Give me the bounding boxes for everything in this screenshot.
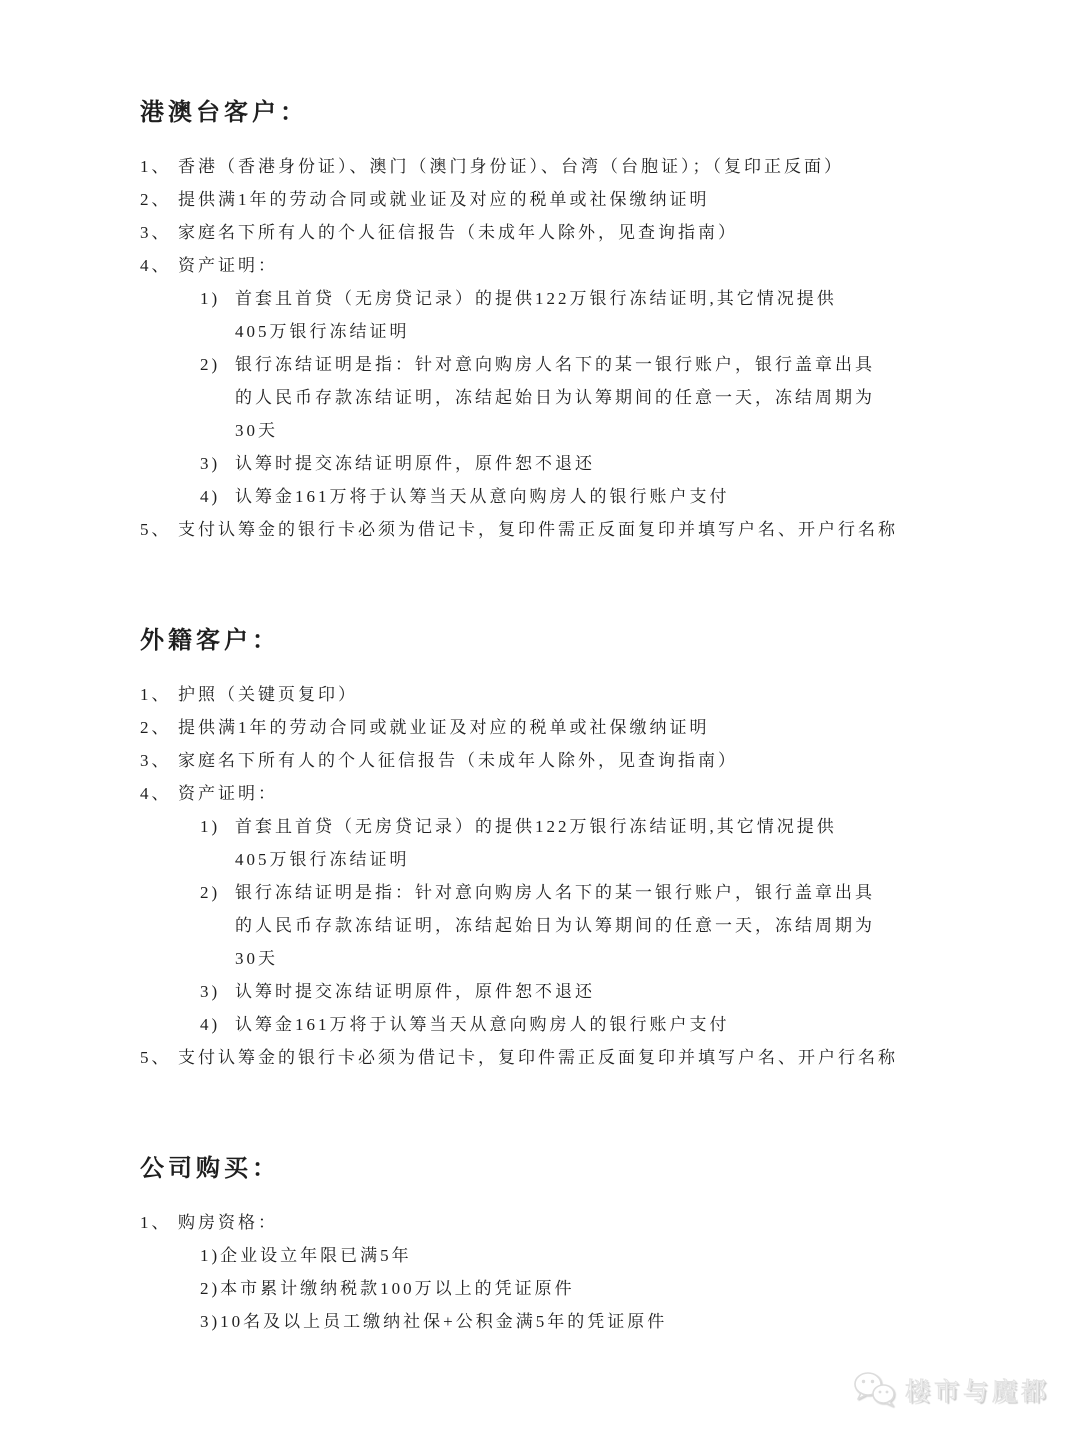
sub-list-item: 2) 银行冻结证明是指：针对意向购房人名下的某一银行账户，银行盖章出具 的人民币… [140, 876, 950, 975]
item-text: 提供满1年的劳动合同或就业证及对应的税单或社保缴纳证明 [178, 711, 950, 744]
subitem-text: 认筹金161万将于认筹当天从意向购房人的银行账户支付 [235, 1008, 920, 1041]
item-text: 家庭名下所有人的个人征信报告（未成年人除外，见查询指南） [178, 216, 950, 249]
subitem-marker: 2) [200, 876, 235, 975]
section-heading: 外籍客户： [140, 626, 950, 656]
section-heading: 公司购买： [140, 1154, 950, 1184]
document-content: 港澳台客户： 1、 香港（香港身份证）、澳门（澳门身份证）、台湾（台胞证）；（复… [140, 98, 950, 1338]
subitem-text: 本市累计缴纳税款100万以上的凭证原件 [220, 1272, 920, 1305]
subitem-marker: 3) [200, 447, 235, 480]
subitem-marker: 1) [200, 1239, 220, 1272]
subitem-marker: 3) [200, 1305, 220, 1338]
list-item: 3、 家庭名下所有人的个人征信报告（未成年人除外，见查询指南） [140, 744, 950, 777]
list-item: 4、 资产证明： [140, 777, 950, 810]
watermark-text: 楼市与魔都 [905, 1372, 1050, 1408]
sub-list-item: 4) 认筹金161万将于认筹当天从意向购房人的银行账户支付 [140, 480, 950, 513]
subitem-text: 首套且首贷（无房贷记录）的提供122万银行冻结证明,其它情况提供 405万银行冻… [235, 282, 920, 348]
item-text: 购房资格： [178, 1206, 950, 1239]
section-foreign-customers: 外籍客户： 1、 护照（关键页复印） 2、 提供满1年的劳动合同或就业证及对应的… [140, 626, 950, 1074]
item-marker: 1、 [140, 1206, 178, 1239]
item-marker: 1、 [140, 150, 178, 183]
subitem-text: 银行冻结证明是指：针对意向购房人名下的某一银行账户，银行盖章出具 的人民币存款冻… [235, 876, 920, 975]
subitem-text: 银行冻结证明是指：针对意向购房人名下的某一银行账户，银行盖章出具 的人民币存款冻… [235, 348, 920, 447]
item-marker: 4、 [140, 777, 178, 810]
sub-list-item: 2) 本市累计缴纳税款100万以上的凭证原件 [140, 1272, 950, 1305]
item-marker: 2、 [140, 183, 178, 216]
list-item: 4、 资产证明： [140, 249, 950, 282]
subitem-text: 企业设立年限已满5年 [220, 1239, 920, 1272]
item-marker: 5、 [140, 1041, 178, 1074]
watermark: 楼市与魔都 [852, 1370, 1050, 1410]
sub-list-item: 4) 认筹金161万将于认筹当天从意向购房人的银行账户支付 [140, 1008, 950, 1041]
subitem-marker: 2) [200, 1272, 220, 1305]
subitem-marker: 1) [200, 282, 235, 348]
subitem-text: 认筹时提交冻结证明原件，原件恕不退还 [235, 447, 920, 480]
item-marker: 2、 [140, 711, 178, 744]
list-item: 1、 护照（关键页复印） [140, 678, 950, 711]
list-item: 3、 家庭名下所有人的个人征信报告（未成年人除外，见查询指南） [140, 216, 950, 249]
subitem-text: 认筹金161万将于认筹当天从意向购房人的银行账户支付 [235, 480, 920, 513]
document-page: 港澳台客户： 1、 香港（香港身份证）、澳门（澳门身份证）、台湾（台胞证）；（复… [0, 0, 1080, 1442]
subitem-text: 10名及以上员工缴纳社保+公积金满5年的凭证原件 [220, 1305, 920, 1338]
item-text: 资产证明： [178, 777, 950, 810]
sub-list-item: 1) 首套且首贷（无房贷记录）的提供122万银行冻结证明,其它情况提供 405万… [140, 810, 950, 876]
sub-list-item: 3) 认筹时提交冻结证明原件，原件恕不退还 [140, 447, 950, 480]
list-item: 5、 支付认筹金的银行卡必须为借记卡，复印件需正反面复印并填写户名、开户行名称 [140, 1041, 950, 1074]
item-marker: 4、 [140, 249, 178, 282]
list-item: 2、 提供满1年的劳动合同或就业证及对应的税单或社保缴纳证明 [140, 183, 950, 216]
sub-list-item: 2) 银行冻结证明是指：针对意向购房人名下的某一银行账户，银行盖章出具 的人民币… [140, 348, 950, 447]
sub-list-item: 1) 企业设立年限已满5年 [140, 1239, 950, 1272]
subitem-text: 首套且首贷（无房贷记录）的提供122万银行冻结证明,其它情况提供 405万银行冻… [235, 810, 920, 876]
item-text: 支付认筹金的银行卡必须为借记卡，复印件需正反面复印并填写户名、开户行名称 [178, 1041, 950, 1074]
sub-list-item: 3) 认筹时提交冻结证明原件，原件恕不退还 [140, 975, 950, 1008]
subitem-marker: 1) [200, 810, 235, 876]
list-item: 1、 购房资格： [140, 1206, 950, 1239]
item-marker: 3、 [140, 744, 178, 777]
subitem-marker: 3) [200, 975, 235, 1008]
list-item: 1、 香港（香港身份证）、澳门（澳门身份证）、台湾（台胞证）；（复印正反面） [140, 150, 950, 183]
item-text: 支付认筹金的银行卡必须为借记卡，复印件需正反面复印并填写户名、开户行名称 [178, 513, 950, 546]
subitem-marker: 4) [200, 480, 235, 513]
list-item: 5、 支付认筹金的银行卡必须为借记卡，复印件需正反面复印并填写户名、开户行名称 [140, 513, 950, 546]
item-text: 提供满1年的劳动合同或就业证及对应的税单或社保缴纳证明 [178, 183, 950, 216]
sub-list-item: 1) 首套且首贷（无房贷记录）的提供122万银行冻结证明,其它情况提供 405万… [140, 282, 950, 348]
wechat-icon [852, 1370, 898, 1410]
section-heading: 港澳台客户： [140, 98, 950, 128]
subitem-marker: 4) [200, 1008, 235, 1041]
item-text: 香港（香港身份证）、澳门（澳门身份证）、台湾（台胞证）；（复印正反面） [178, 150, 950, 183]
item-text: 护照（关键页复印） [178, 678, 950, 711]
item-marker: 1、 [140, 678, 178, 711]
section-company-purchase: 公司购买： 1、 购房资格： 1) 企业设立年限已满5年 2) 本市累计缴纳税款… [140, 1154, 950, 1338]
section-hmt-customers: 港澳台客户： 1、 香港（香港身份证）、澳门（澳门身份证）、台湾（台胞证）；（复… [140, 98, 950, 546]
subitem-text: 认筹时提交冻结证明原件，原件恕不退还 [235, 975, 920, 1008]
item-marker: 3、 [140, 216, 178, 249]
list-item: 2、 提供满1年的劳动合同或就业证及对应的税单或社保缴纳证明 [140, 711, 950, 744]
item-text: 家庭名下所有人的个人征信报告（未成年人除外，见查询指南） [178, 744, 950, 777]
item-text: 资产证明： [178, 249, 950, 282]
item-marker: 5、 [140, 513, 178, 546]
subitem-marker: 2) [200, 348, 235, 447]
sub-list-item: 3) 10名及以上员工缴纳社保+公积金满5年的凭证原件 [140, 1305, 950, 1338]
